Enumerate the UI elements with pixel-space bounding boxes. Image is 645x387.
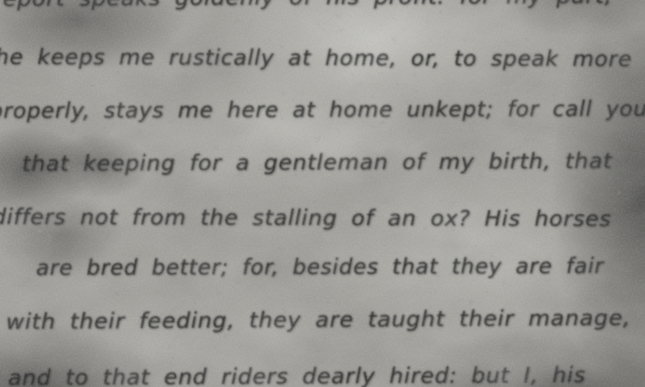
handwriting-line-6: are bred better; for, besides that they … bbox=[36, 254, 604, 280]
handwriting-line-7: with their feeding, they are taught thei… bbox=[6, 306, 631, 334]
handwriting-line-8: and to that end riders dearly hired: but… bbox=[8, 363, 586, 387]
handwriting-line-5: differs not from the stalling of an ox? … bbox=[0, 205, 611, 231]
manuscript-photo: report speaks goldenly of his profit: fo… bbox=[0, 0, 645, 387]
handwriting-line-3: properly, stays me here at home unkept; … bbox=[0, 97, 645, 123]
handwriting-line-4: that keeping for a gentleman of my birth… bbox=[22, 149, 612, 176]
handwriting-line-2: he keeps me rustically at home, or, to s… bbox=[0, 45, 632, 71]
handwriting-layer: report speaks goldenly of his profit: fo… bbox=[0, 0, 645, 387]
handwriting-line-1: report speaks goldenly of his profit: fo… bbox=[0, 0, 612, 11]
